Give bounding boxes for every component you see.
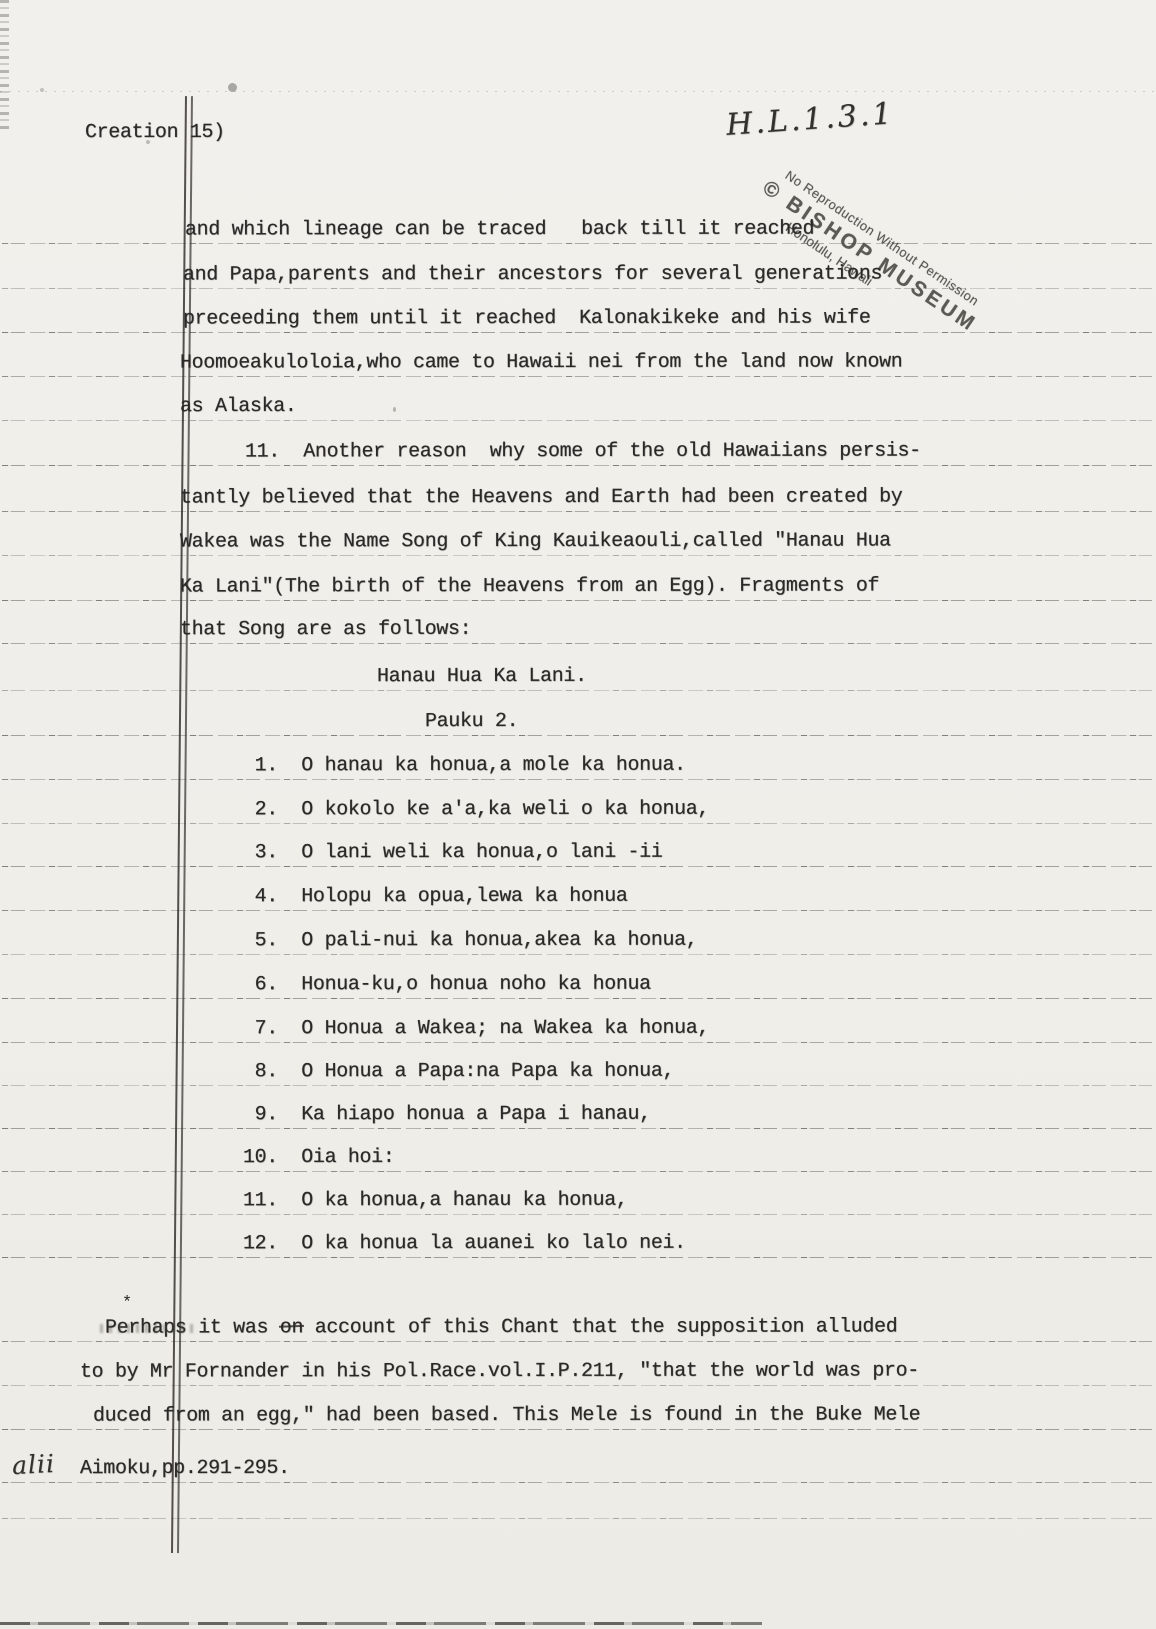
page-header-label: Creation 15) bbox=[85, 122, 225, 144]
typed-line: and Papa,parents and their ancestors for… bbox=[183, 264, 882, 287]
typed-line: duced from an egg," had been based. This… bbox=[93, 1404, 920, 1427]
typed-line: and which lineage can be traced back til… bbox=[185, 219, 814, 242]
typed-line: 4. Holopu ka opua,lewa ka honua bbox=[243, 886, 628, 909]
typed-line: Hanau Hua Ka Lani. bbox=[377, 666, 587, 688]
typed-line: 3. O lani weli ka honua,o lani -ii bbox=[243, 842, 663, 865]
torn-edge-speckle bbox=[0, 0, 9, 130]
ruled-line bbox=[2, 243, 1152, 244]
faint-top-rule bbox=[0, 91, 1156, 92]
typed-line: Perhaps it was on account of this Chant … bbox=[105, 1316, 897, 1339]
typed-line: 1. O hanau ka honua,a mole ka honua. bbox=[243, 755, 686, 778]
typed-line: 5. O pali-nui ka honua,akea ka honua, bbox=[243, 930, 697, 953]
typed-line: Hoomoeakuloloia,who came to Hawaii nei f… bbox=[180, 351, 902, 374]
ruled-line bbox=[2, 735, 1152, 736]
typed-line: Aimoku,pp.291-295. bbox=[80, 1458, 290, 1480]
ruled-line bbox=[2, 555, 1152, 556]
typed-line: 8. O Honua a Papa:na Papa ka honua, bbox=[243, 1061, 674, 1084]
ruled-line bbox=[2, 1042, 1152, 1043]
typed-line: 7. O Honua a Wakea; na Wakea ka honua, bbox=[243, 1018, 709, 1041]
typed-line: 2. O kokolo ke a'a,ka weli o ka honua, bbox=[243, 799, 709, 822]
typed-line: to by Mr Fornander in his Pol.Race.vol.I… bbox=[80, 1360, 919, 1383]
catalog-number-handwriting: H.L.1.3.1 bbox=[725, 96, 896, 143]
typed-line: 6. Honua-ku,o honua noho ka honua bbox=[243, 974, 651, 997]
ink-dot bbox=[228, 83, 237, 92]
ink-speck bbox=[40, 88, 44, 92]
ruled-line bbox=[2, 823, 1152, 824]
ruled-line bbox=[2, 465, 1152, 466]
typed-line: that Song are as follows: bbox=[180, 619, 471, 641]
ruled-line bbox=[2, 376, 1152, 377]
ruled-line bbox=[2, 690, 1152, 691]
typed-line: preceeding them until it reached Kalonak… bbox=[183, 308, 870, 331]
typed-line: tantly believed that the Heavens and Ear… bbox=[180, 486, 902, 509]
ruled-line bbox=[2, 954, 1152, 955]
typed-line: 11. O ka honua,a hanau ka honua, bbox=[243, 1190, 628, 1213]
typed-line: 11. Another reason why some of the old H… bbox=[245, 441, 921, 464]
typed-line: as Alaska. bbox=[180, 396, 297, 418]
ruled-line bbox=[2, 779, 1152, 780]
ink-speck bbox=[393, 407, 396, 412]
ruled-line bbox=[2, 866, 1152, 867]
ruled-line bbox=[2, 600, 1152, 601]
typed-line: Wakea was the Name Song of King Kauikeao… bbox=[180, 531, 891, 554]
bottom-scan-line bbox=[0, 1622, 762, 1625]
scanned-document-page: Creation 15) H.L.1.3.1 No Reproduction W… bbox=[0, 0, 1156, 1629]
ink-smudge bbox=[100, 1324, 195, 1333]
struck-word: on bbox=[280, 1316, 303, 1339]
ruled-line bbox=[2, 288, 1152, 289]
footnote-asterisk: * bbox=[122, 1294, 132, 1313]
ruled-line bbox=[2, 643, 1152, 644]
typed-line: Pauku 2. bbox=[425, 711, 518, 733]
ruled-line bbox=[2, 511, 1152, 512]
typed-line: 9. Ka hiapo honua a Papa i hanau, bbox=[243, 1104, 651, 1127]
typed-line: 10. Oia hoi: bbox=[243, 1147, 395, 1169]
typed-line: 12. O ka honua la auanei ko lalo nei. bbox=[243, 1233, 686, 1256]
ruled-line bbox=[2, 420, 1152, 421]
typed-line: Ka Lani"(The birth of the Heavens from a… bbox=[180, 576, 879, 599]
ruled-line bbox=[2, 910, 1152, 911]
ruled-line bbox=[2, 998, 1152, 999]
marginalia-handwriting: alii bbox=[11, 1449, 55, 1480]
